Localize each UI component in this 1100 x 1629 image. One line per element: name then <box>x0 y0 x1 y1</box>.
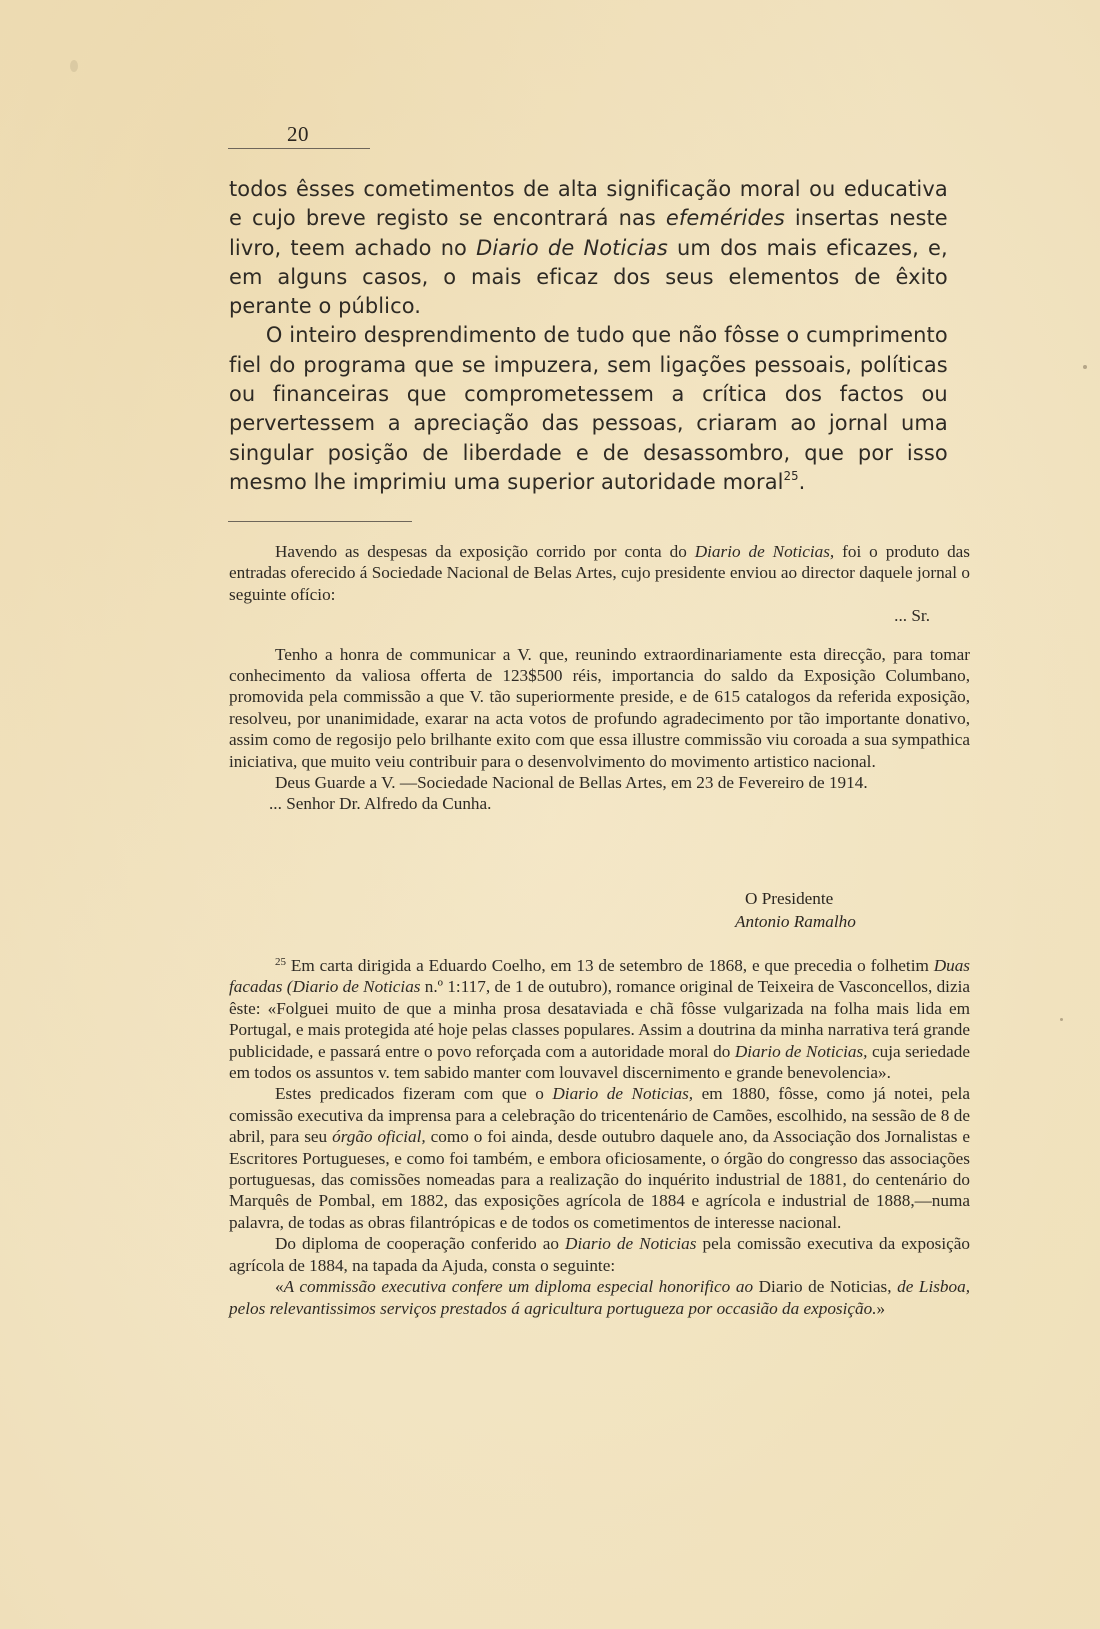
italic-efemerides: efemérides <box>666 206 785 231</box>
text-run: « <box>275 1277 284 1296</box>
letter-salutation: ... Sr. <box>229 605 970 626</box>
paper-stain <box>70 60 78 72</box>
footnote-paragraph-4: «A commissão executiva confere um diplom… <box>229 1276 970 1319</box>
note-intro: Havendo as despesas da exposição corrido… <box>229 541 970 605</box>
italic-orgao-oficial: órgão oficial, <box>332 1127 426 1146</box>
page-number: 20 <box>287 122 309 147</box>
text-run: » <box>877 1299 886 1318</box>
text-run: Em carta dirigida a Eduardo Coelho, em 1… <box>286 956 934 975</box>
italic-newspaper-title: Diario de Noticias, <box>735 1042 868 1061</box>
paper-speck <box>1083 365 1087 369</box>
letter-addressee: ... Senhor Dr. Alfredo da Cunha. <box>229 793 970 814</box>
italic-newspaper-title: Diario de Noticias <box>565 1234 696 1253</box>
signature-name: Antonio Ramalho <box>735 912 856 932</box>
footnote-25: 25 Em carta dirigida a Eduardo Coelho, e… <box>229 955 970 1319</box>
footnote-paragraph-3: Do diploma de cooperação conferido ao Di… <box>229 1233 970 1276</box>
italic-newspaper-title: Diario de Noticias, <box>552 1084 693 1103</box>
text-run: O inteiro desprendimento de tudo que não… <box>229 323 948 494</box>
italic-newspaper-title: Diario de Noticias, <box>695 542 835 561</box>
footnote-number: 25 <box>275 956 286 968</box>
text-run: Diario de Noticias, <box>753 1277 897 1296</box>
letter-closing: Deus Guarde a V. —Sociedade Nacional de … <box>229 772 970 793</box>
footnote-ref-25[interactable]: 25 <box>784 469 799 483</box>
paper-speck <box>1060 1018 1063 1021</box>
text-run: Havendo as despesas da exposição corrido… <box>275 542 695 561</box>
letter-body: Tenho a honra de communicar a V. que, re… <box>229 644 970 772</box>
text-run: Estes predicados fizeram com que o <box>275 1084 552 1103</box>
signature-title: O Presidente <box>745 889 833 909</box>
main-text: todos êsses cometimentos de alta signifi… <box>229 175 948 497</box>
text-run: . <box>799 470 806 495</box>
main-paragraph-2: O inteiro desprendimento de tudo que não… <box>229 321 948 497</box>
main-paragraph-1: todos êsses cometimentos de alta signifi… <box>229 175 948 321</box>
footnote-paragraph-2: Estes predicados fizeram com que o Diari… <box>229 1083 970 1233</box>
footnote-paragraph-1: 25 Em carta dirigida a Eduardo Coelho, e… <box>229 955 970 1083</box>
note-section: Havendo as despesas da exposição corrido… <box>229 541 970 815</box>
page-number-rule <box>228 148 370 149</box>
italic-newspaper-title: Diario de Noticias <box>476 236 668 261</box>
italic-quote: A commissão executiva confere um diploma… <box>284 1277 753 1296</box>
text-run: Do diploma de cooperação conferido ao <box>275 1234 565 1253</box>
footnote-divider <box>228 521 412 522</box>
